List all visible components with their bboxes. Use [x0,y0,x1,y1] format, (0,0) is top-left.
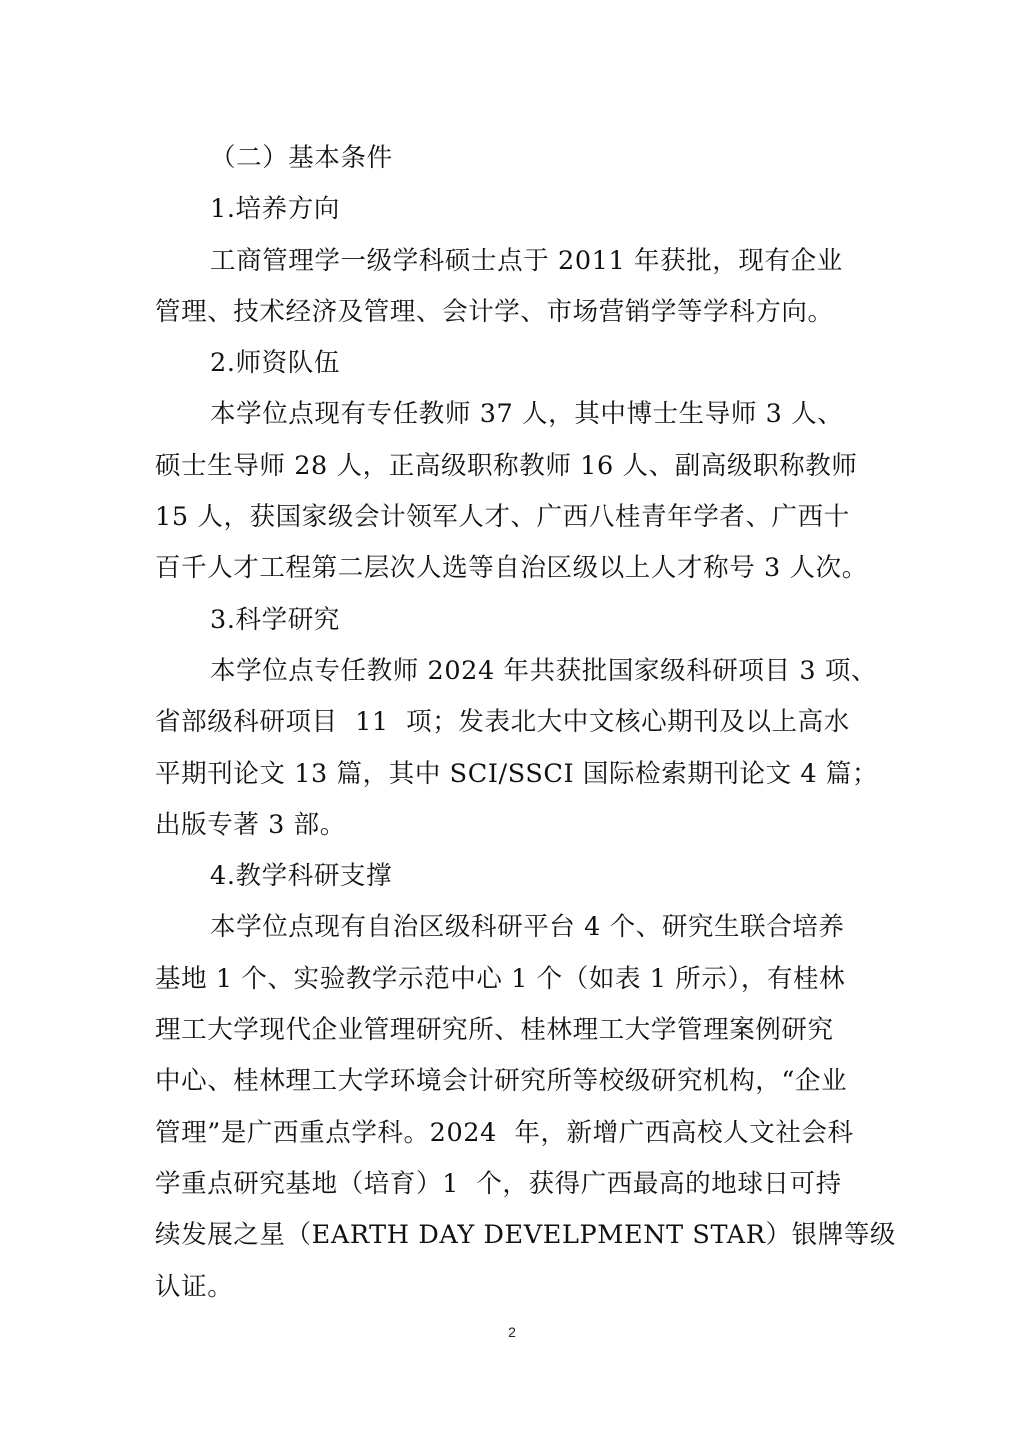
heading-training-direction: 1.培养方向 [155,184,871,235]
heading-faculty: 2.师资队伍 [155,338,871,389]
paragraph-line: 本学位点现有自治区级科研平台 4 个、研究生联合培养 [155,902,871,953]
paragraph-line: 管理、技术经济及管理、会计学、市场营销学等学科方向。 [155,287,871,338]
paragraph-line: 续发展之星（EARTH DAY DEVELPMENT STAR）银牌等级 [155,1210,871,1261]
paragraph-line: 平期刊论文 13 篇，其中 SCI/SSCI 国际检索期刊论文 4 篇； [155,749,871,800]
page-number: 2 [0,1324,1024,1340]
heading-teaching-research-support: 4.教学科研支撑 [155,851,871,902]
paragraph-line: 认证。 [155,1262,871,1313]
paragraph-line: 基地 1 个、实验教学示范中心 1 个（如表 1 所示），有桂林 [155,954,871,1005]
paragraph-line: 本学位点现有专任教师 37 人，其中博士生导师 3 人、 [155,389,871,440]
section-title: （二）基本条件 [155,133,871,184]
paragraph-line: 本学位点专任教师 2024 年共获批国家级科研项目 3 项、 [155,646,871,697]
paragraph-line: 中心、桂林理工大学环境会计研究所等校级研究机构，“企业 [155,1056,871,1107]
paragraph-line: 省部级科研项目 11 项；发表北大中文核心期刊及以上高水 [155,697,871,748]
paragraph-line: 学重点研究基地（培育）1 个，获得广西最高的地球日可持 [155,1159,871,1210]
paragraph-line: 工商管理学一级学科硕士点于 2011 年获批，现有企业 [155,236,871,287]
paragraph-line: 15 人，获国家级会计领军人才、广西八桂青年学者、广西十 [155,492,871,543]
paragraph-line: 出版专著 3 部。 [155,800,871,851]
heading-research: 3.科学研究 [155,595,871,646]
paragraph-line: 理工大学现代企业管理研究所、桂林理工大学管理案例研究 [155,1005,871,1056]
paragraph-line: 百千人才工程第二层次人选等自治区级以上人才称号 3 人次。 [155,543,871,594]
paragraph-line: 硕士生导师 28 人，正高级职称教师 16 人、副高级职称教师 [155,441,871,492]
document-page: （二）基本条件 1.培养方向 工商管理学一级学科硕士点于 2011 年获批，现有… [155,133,871,1313]
paragraph-line: 管理”是广西重点学科。2024 年，新增广西高校人文社会科 [155,1108,871,1159]
